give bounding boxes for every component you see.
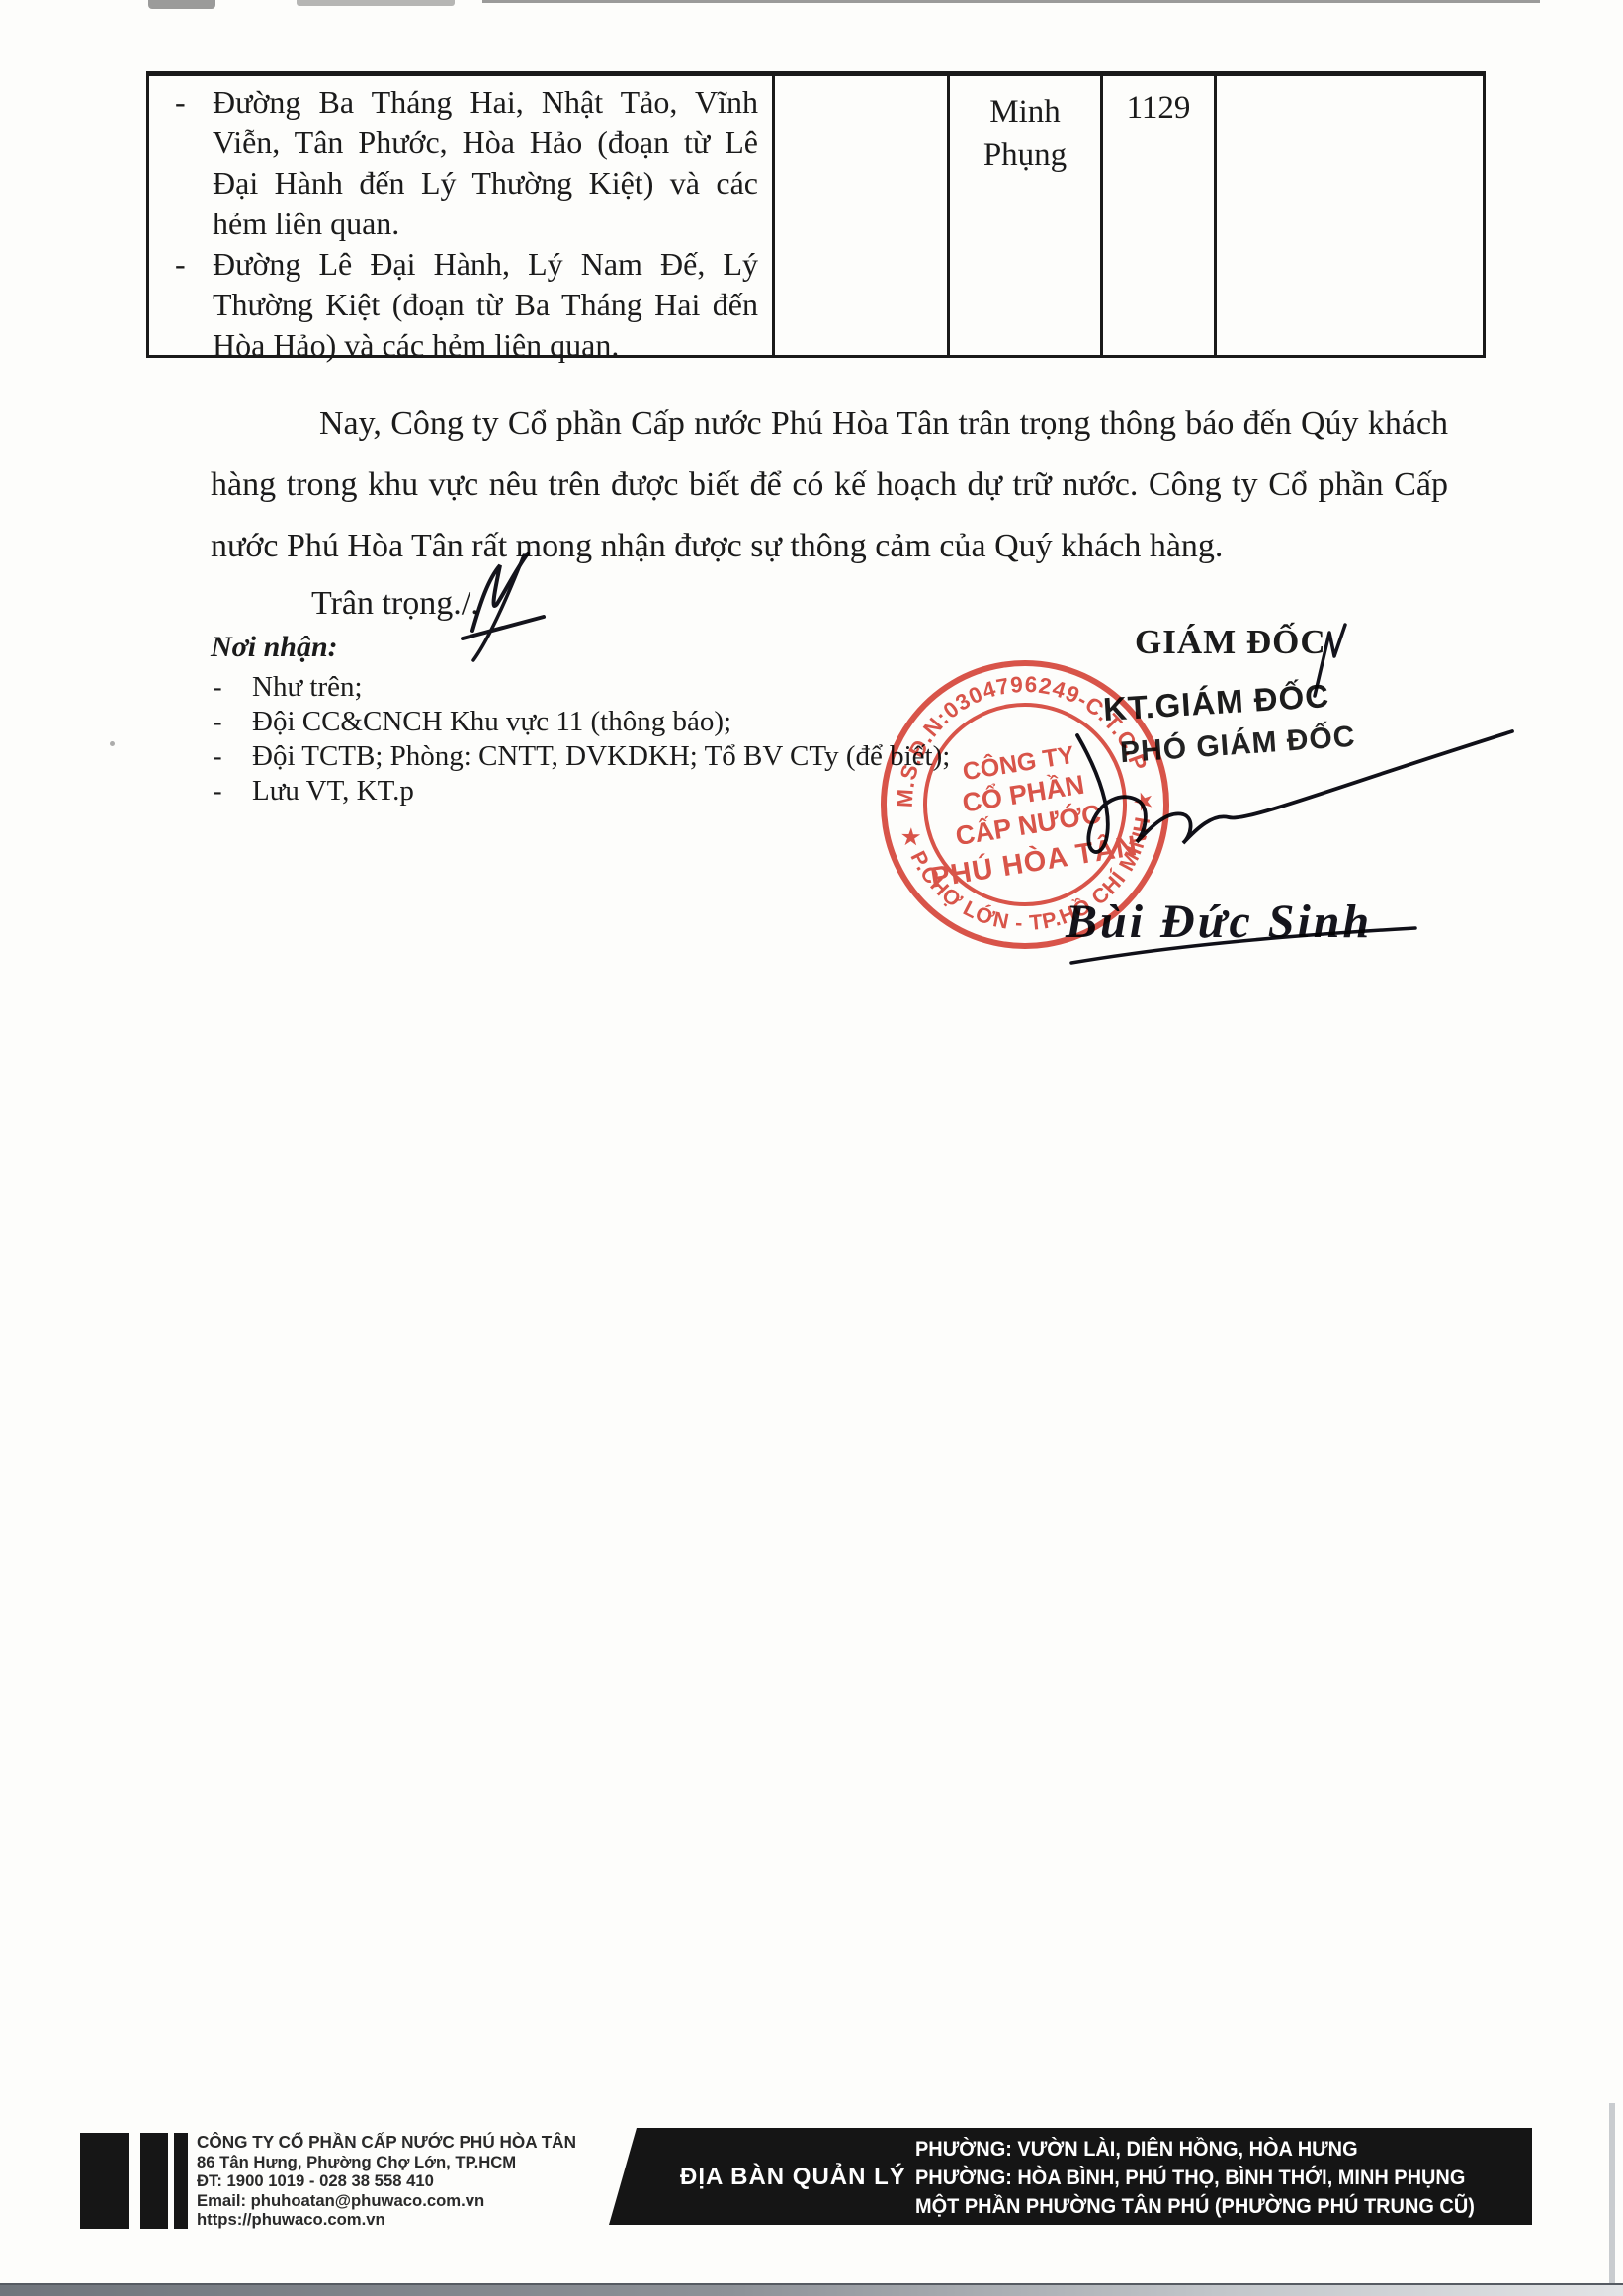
ward-name-line2: Phụng — [950, 133, 1100, 177]
notice-paragraph: Nay, Công ty Cổ phần Cấp nước Phú Hòa Tâ… — [211, 393, 1448, 577]
recipient-text: Đội CC&CNCH Khu vực 11 (thông báo); — [252, 705, 731, 739]
signature-title: GIÁM ĐỐC — [1135, 623, 1326, 662]
footer-logo-bar — [80, 2133, 129, 2229]
list-dash: - — [211, 670, 252, 705]
list-dash: - — [211, 739, 252, 774]
table-cell-streets: - Đường Ba Tháng Hai, Nhật Tảo, Vĩnh Viễ… — [149, 76, 772, 355]
footer-company-info: CÔNG TY CỔ PHẦN CẤP NƯỚC PHÚ HÒA TÂN 86 … — [197, 2133, 576, 2230]
recipient-text: Lưu VT, KT.p — [252, 774, 414, 808]
list-dash: - — [211, 705, 252, 739]
list-dash: - — [175, 244, 213, 366]
footer-logo-bar — [174, 2133, 188, 2229]
footer-website: https://phuwaco.com.vn — [197, 2210, 576, 2230]
ward-name-line1: Minh — [950, 90, 1100, 133]
footer-logo-bar — [140, 2133, 168, 2229]
scan-artifact-smudge — [297, 0, 455, 6]
scan-artifact-dot — [110, 741, 115, 746]
street-list-item: - Đường Ba Tháng Hai, Nhật Tảo, Vĩnh Viễ… — [175, 82, 758, 244]
list-dash: - — [175, 82, 213, 244]
street-list-item: - Đường Lê Đại Hành, Lý Nam Đế, Lý Thườn… — [175, 244, 758, 366]
street-item-text: Đường Ba Tháng Hai, Nhật Tảo, Vĩnh Viễn,… — [213, 82, 758, 244]
scan-artifact-top-line — [482, 0, 1540, 3]
footer-address: 86 Tân Hưng, Phường Chợ Lớn, TP.HCM — [197, 2153, 576, 2172]
footer-email: Email: phuhoatan@phuwaco.com.vn — [197, 2191, 576, 2211]
list-dash: - — [211, 774, 252, 808]
service-area-list: PHƯỜNG: VƯỜN LÀI, DIÊN HỒNG, HÒA HƯNG PH… — [915, 2135, 1475, 2221]
street-item-text: Đường Lê Đại Hành, Lý Nam Đế, Lý Thường … — [213, 244, 758, 366]
service-area-label: ĐỊA BÀN QUẢN LÝ — [680, 2164, 906, 2191]
recipient-text: Như trên; — [252, 670, 363, 705]
footer-phone: ĐT: 1900 1019 - 028 38 558 410 — [197, 2171, 576, 2191]
footer-service-area-banner: ĐỊA BÀN QUẢN LÝ PHƯỜNG: VƯỜN LÀI, DIÊN H… — [609, 2128, 1532, 2225]
customer-count: 1129 — [1127, 90, 1191, 126]
table-cell-empty — [1214, 76, 1483, 355]
table-cell-count: 1129 — [1100, 76, 1214, 355]
footer-company-name: CÔNG TY CỔ PHẦN CẤP NƯỚC PHÚ HÒA TÂN — [197, 2133, 576, 2153]
scan-artifact-smudge — [148, 0, 215, 9]
scan-artifact-bottom-band — [0, 2283, 1623, 2296]
document-page: - Đường Ba Tháng Hai, Nhật Tảo, Vĩnh Viễ… — [0, 0, 1623, 2296]
company-stamp: M.S.Đ.N:0304796249-C.T.C.P ★ P.CHỢ LỚN -… — [844, 624, 1206, 985]
service-area-line: PHƯỜNG: VƯỜN LÀI, DIÊN HỒNG, HÒA HƯNG — [915, 2135, 1475, 2164]
table-cell-empty — [772, 76, 947, 355]
service-area-line: MỘT PHẦN PHƯỜNG TÂN PHÚ (PHƯỜNG PHÚ TRUN… — [915, 2192, 1475, 2221]
recipient-text: Đội TCTB; Phòng: CNTT, DVKDKH; Tổ BV CTy… — [252, 739, 950, 774]
closing-phrase: Trân trọng./. — [311, 585, 479, 623]
table-cell-ward: Minh Phụng — [947, 76, 1100, 355]
scan-artifact-right-edge — [1609, 2103, 1615, 2283]
outage-area-table: - Đường Ba Tháng Hai, Nhật Tảo, Vĩnh Viễ… — [146, 71, 1486, 358]
service-area-line: PHƯỜNG: HÒA BÌNH, PHÚ THỌ, BÌNH THỚI, MI… — [915, 2164, 1475, 2192]
